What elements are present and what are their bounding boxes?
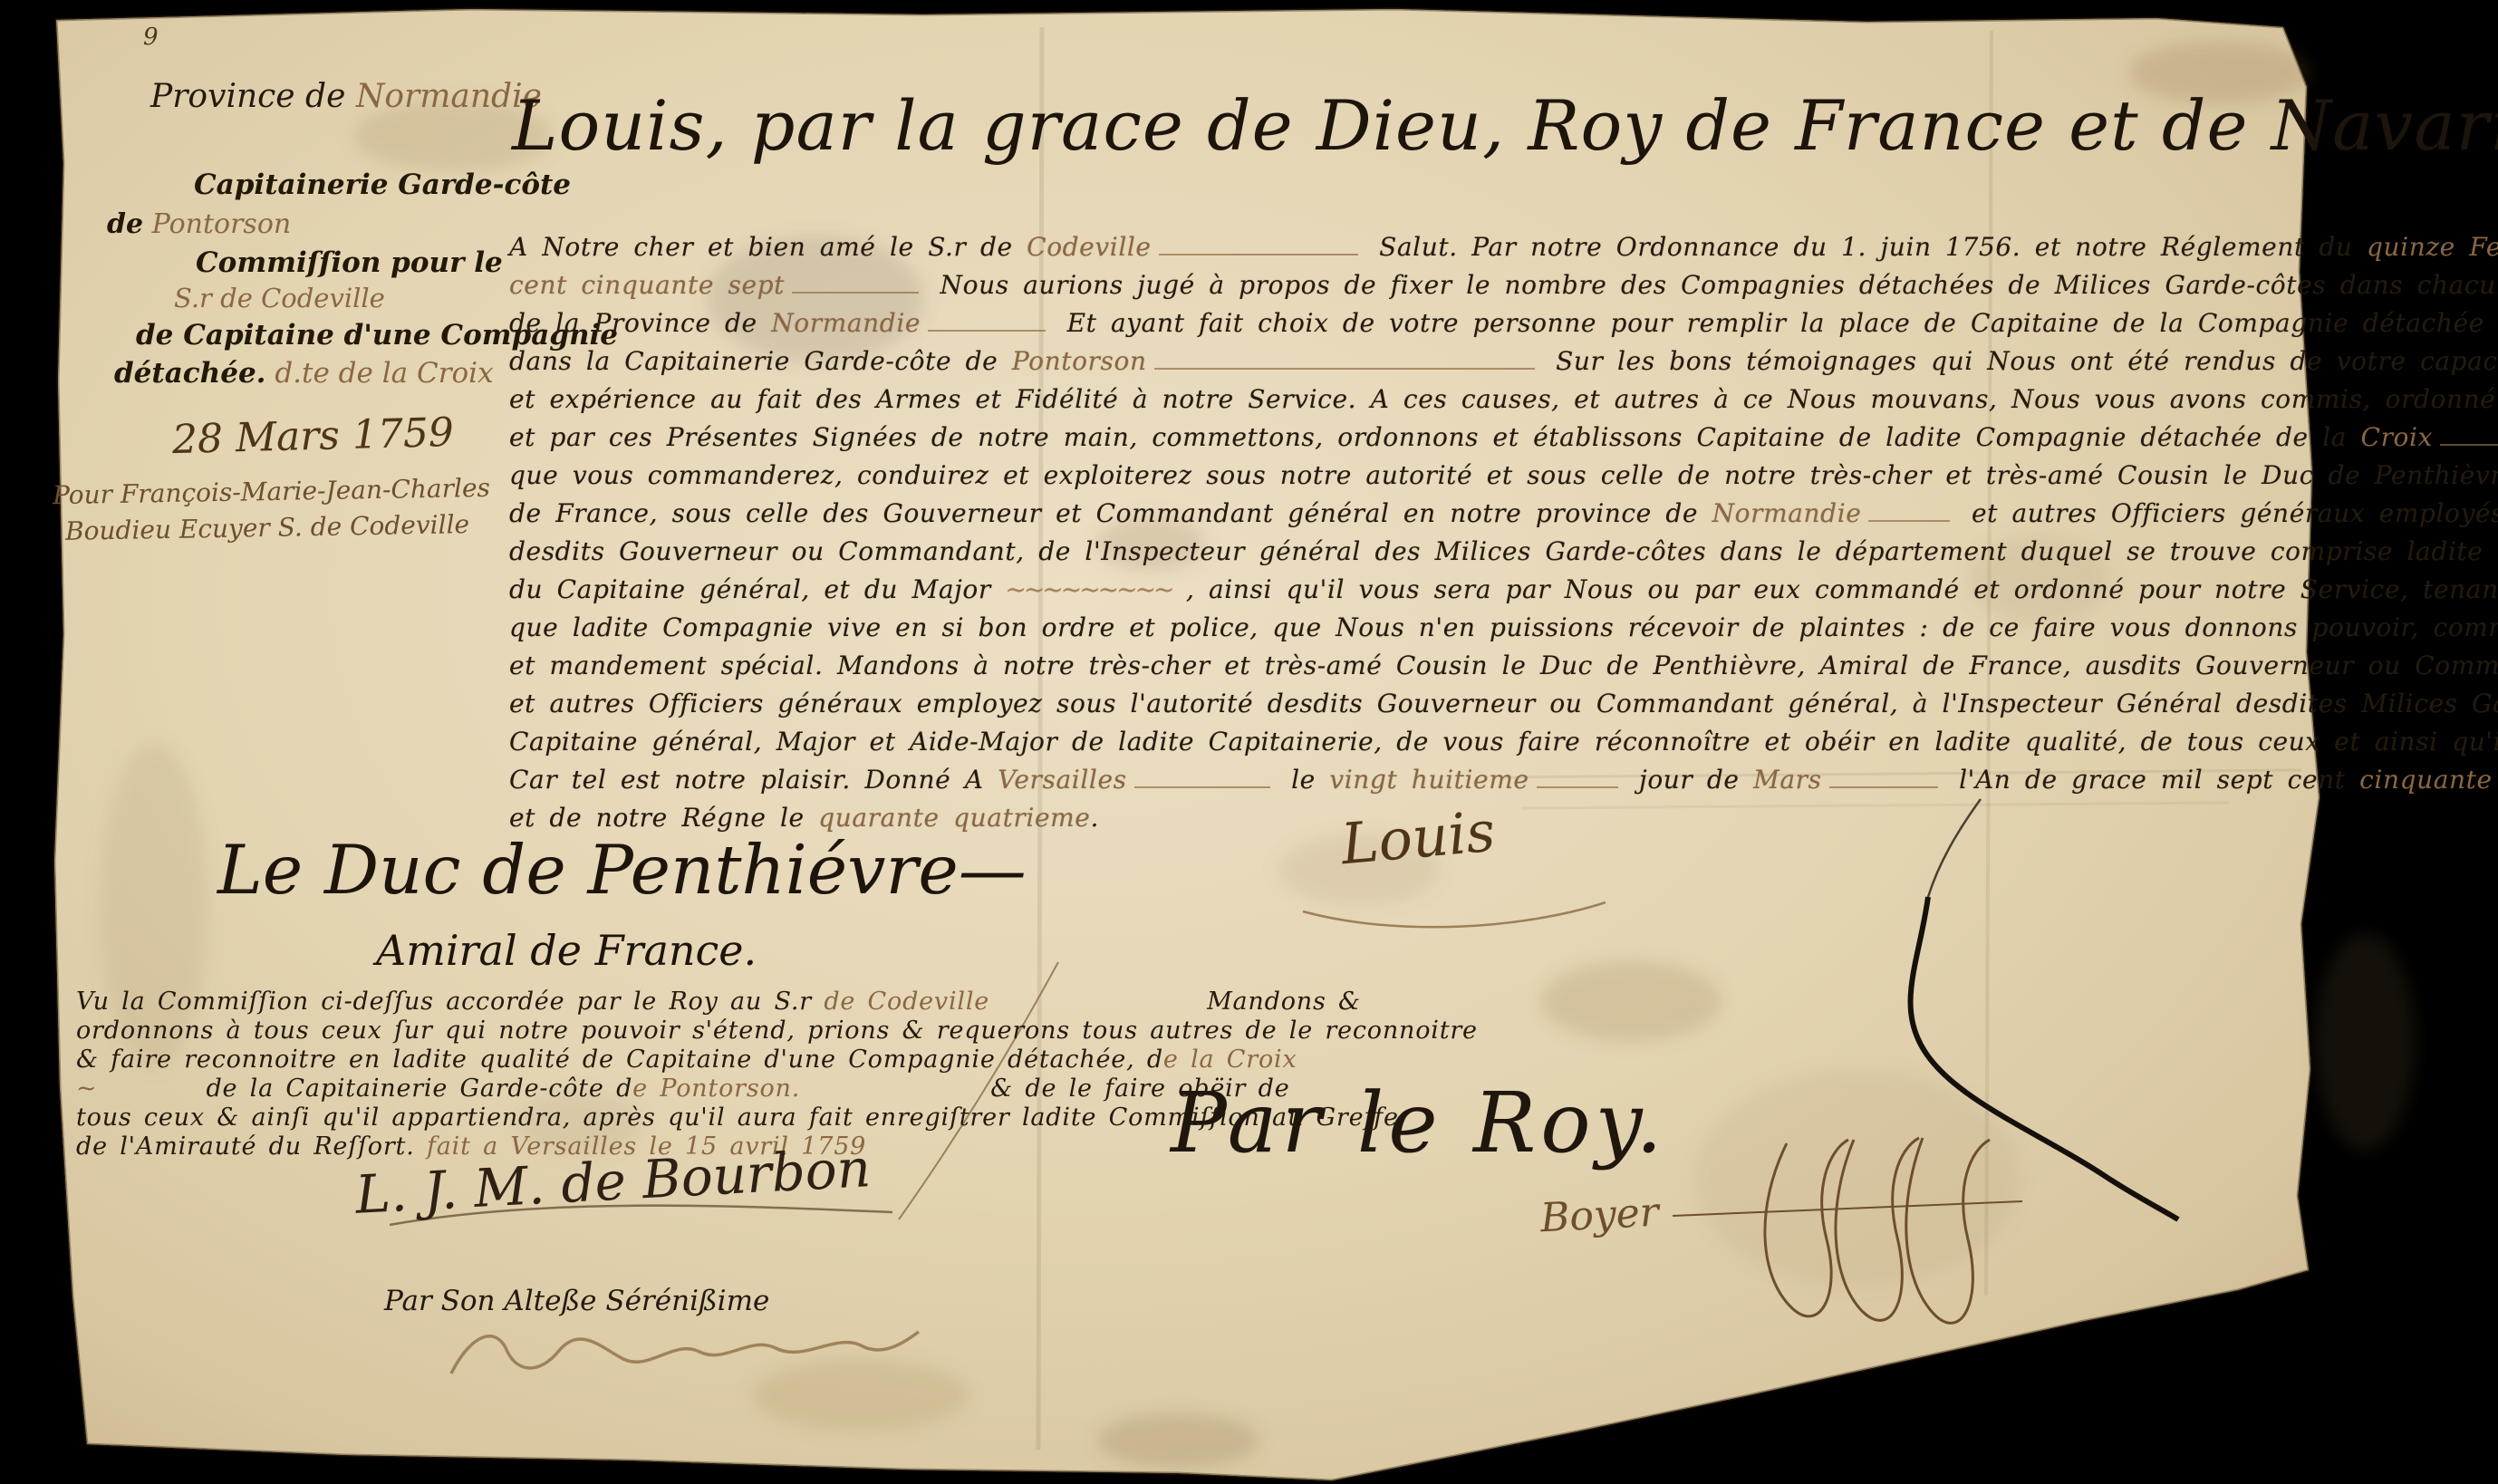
handwritten-insertion: Versailles — [998, 765, 1126, 795]
margin-detachee-label: détachée. — [114, 357, 265, 390]
text-line: que ladite Compagnie vive en si bon ordr… — [509, 609, 2489, 647]
margin-capitaine-line2: détachée. d.te de la Croix — [114, 357, 494, 390]
handwritten-insertion: Mars — [1753, 765, 1822, 795]
engrossed-text: le — [1278, 765, 1330, 795]
text-line: de la Province de Normandie Et ayant fai… — [509, 304, 2489, 342]
text-line: A Notre cher et bien amé le S.r de Codev… — [509, 228, 2489, 266]
royal-intitulation-title: Louis, par la grace de Dieu, Roy de Fran… — [512, 85, 2498, 166]
text-line: et mandement spécial. Mandons à notre tr… — [509, 647, 2489, 685]
engrossed-text: . — [1090, 803, 1099, 833]
handwritten-insertion: Normandie — [1712, 498, 1862, 528]
engrossed-text: de la Province de — [509, 308, 771, 338]
engrossed-text: ~~~~~~~~~ — [1005, 574, 1172, 604]
handwritten-insertion: Croix — [2361, 422, 2433, 452]
penthievre-heading: Le Duc de Penthiévre— — [217, 830, 1027, 910]
engrossed-text: A Notre cher et bien amé le S.r de — [509, 232, 1027, 262]
handwritten-insertion: Normandie — [771, 308, 921, 338]
engrossed-text: Sur les bons témoignages qui Nous ont ét… — [1542, 346, 2498, 376]
text-line: de France, sous celle des Gouverneur et … — [509, 495, 2489, 533]
louis-royal-signature: Louis — [1338, 798, 1498, 878]
engrossed-text: Salut. Par notre Ordonnance du 1. juin 1… — [1365, 232, 2367, 262]
text-line: que vous commanderez, conduirez et explo… — [509, 457, 2489, 495]
blank-rule — [1829, 773, 1938, 788]
margin-capitainerie-line: Capitainerie Garde-côte — [194, 169, 571, 201]
blank-rule — [1868, 506, 1950, 522]
engrossed-text: Mandons & — [1207, 988, 1361, 1016]
province-heading: Province de Normandie — [150, 78, 542, 115]
text-line: du Capitaine général, et du Major ~~~~~~… — [509, 571, 2489, 609]
engrossed-text: Car tel est notre plaisir. Donné A — [509, 765, 998, 795]
margin-commission-value: S.r de Codeville — [174, 283, 385, 313]
handwritten-insertion: Codeville — [1027, 232, 1151, 262]
engrossed-text: et autres Officiers généraux employez so… — [509, 689, 2498, 718]
margin-commission-line: Commiſſion pour le — [196, 246, 503, 279]
handwritten-insertion: quarante quatrieme — [818, 803, 1090, 833]
text-line: et expérience au fait des Armes et Fidél… — [509, 381, 2489, 419]
handwritten-insertion: vingt huitieme — [1329, 765, 1529, 795]
engrossed-text: de l'Amirauté du Reſſort. — [76, 1132, 427, 1161]
engrossed-text: dans la Capitainerie Garde-côte de — [509, 346, 1012, 376]
handwritten-insertion: ~ — [76, 1074, 97, 1103]
text-line: Vu la Commiſſion ci-deſſus accordée par … — [76, 988, 1444, 1017]
blank-rule — [1537, 773, 1618, 788]
blank-rule — [792, 278, 919, 294]
handwritten-insertion: cent cinquante sept — [509, 270, 785, 300]
engrossed-text: et de notre Régne le — [509, 803, 818, 833]
text-line: Capitaine général, Major et Aide-Major d… — [509, 723, 2489, 761]
commission-body-text: A Notre cher et bien amé le S.r de Codev… — [509, 228, 2489, 837]
engrossed-text: que ladite Compagnie vive en si bon ordr… — [509, 612, 2498, 642]
margin-date: 28 Mars 1759 — [171, 410, 454, 463]
blank-rule — [1159, 240, 1358, 255]
blank-rule — [928, 316, 1046, 332]
penthievre-subheading: Amiral de France. — [376, 926, 757, 975]
engrossed-text: l'An de grace mil sept cent — [1945, 765, 2359, 795]
text-line: et par ces Présentes Signées de notre ma… — [509, 419, 2489, 457]
engrossed-text: desdits Gouverneur ou Commandant, de l'I… — [509, 536, 2498, 566]
engrossed-text: et expérience au fait des Armes et Fidél… — [509, 384, 2498, 414]
engrossed-text: que vous commanderez, conduirez et explo… — [509, 460, 2498, 490]
handwritten-insertion: cinquante neuf, — [2359, 765, 2498, 795]
engrossed-text: et par ces Présentes Signées de notre ma… — [509, 422, 2361, 452]
engrossed-text: de France, sous celle des Gouverneur et … — [509, 498, 1712, 528]
handwritten-insertion: quinze Fevrier mil sept — [2367, 232, 2498, 262]
archival-ink-mark: 9 — [143, 24, 159, 51]
blank-rule — [1154, 354, 1535, 370]
engrossed-text: , ainsi qu'il vous sera par Nous ou par … — [1172, 574, 2498, 604]
province-label: Province de — [150, 78, 345, 115]
blank-rule — [2440, 430, 2498, 446]
engrossed-text: ordonnons à tous ceux ſur qui notre pouv… — [76, 1017, 1478, 1045]
engrossed-text: & faire reconnoitre en ladite qualité de… — [76, 1046, 1163, 1074]
blank-rule — [1134, 773, 1270, 788]
boyer-signature: Boyer — [1539, 1190, 1660, 1242]
text-line: et autres Officiers généraux employez so… — [509, 685, 2489, 723]
par-son-altesse-line: Par Son Alteße Sérénißime — [384, 1285, 769, 1317]
par-le-roy-line: Par le Roy. — [1171, 1074, 1667, 1171]
engrossed-text: de la Capitainerie Garde-côte d — [206, 1074, 632, 1103]
handwritten-insertion: Pontorson — [1012, 346, 1147, 376]
text-line: cent cinquante sept Nous aurions jugé à … — [509, 266, 2489, 304]
engrossed-text: Vu la Commiſſion ci-deſſus accordée par … — [76, 988, 824, 1016]
text-line: ordonnons à tous ceux ſur qui notre pouv… — [76, 1017, 1444, 1046]
engrossed-text: Nous aurions jugé à propos de fixer le n… — [926, 270, 2498, 300]
engrossed-text: Et ayant fait choix de votre personne po… — [1053, 308, 2498, 338]
margin-capitainerie-place: de Pontorson — [107, 208, 291, 240]
engrossed-text: du Capitaine général, et du Major — [509, 574, 1005, 604]
engrossed-text: jour de — [1625, 765, 1754, 795]
engrossed-text: Capitaine général, Major et Aide-Major d… — [509, 727, 2498, 756]
handwritten-insertion: e Pontorson. — [632, 1074, 800, 1103]
margin-capitaine-value: d.te de la Croix — [275, 357, 493, 390]
text-line: desdits Gouverneur ou Commandant, de l'I… — [509, 533, 2489, 571]
handwritten-insertion: e la Croix — [1163, 1046, 1297, 1074]
handwritten-insertion: de Codeville — [824, 988, 989, 1016]
text-line: & faire reconnoitre en ladite qualité de… — [76, 1046, 1444, 1074]
margin-capitainerie-value: Pontorson — [152, 208, 292, 240]
engrossed-text: et mandement spécial. Mandons à notre tr… — [509, 650, 2498, 680]
photo-backdrop: { "colors":{"backdrop":"#000000","parchm… — [0, 0, 2498, 1484]
text-line: Car tel est notre plaisir. Donné A Versa… — [509, 761, 2489, 799]
text-line: dans la Capitainerie Garde-côte de Ponto… — [509, 342, 2489, 381]
margin-de-label: de — [107, 208, 143, 240]
engrossed-text: et autres Officiers généraux employés so… — [1957, 498, 2498, 528]
